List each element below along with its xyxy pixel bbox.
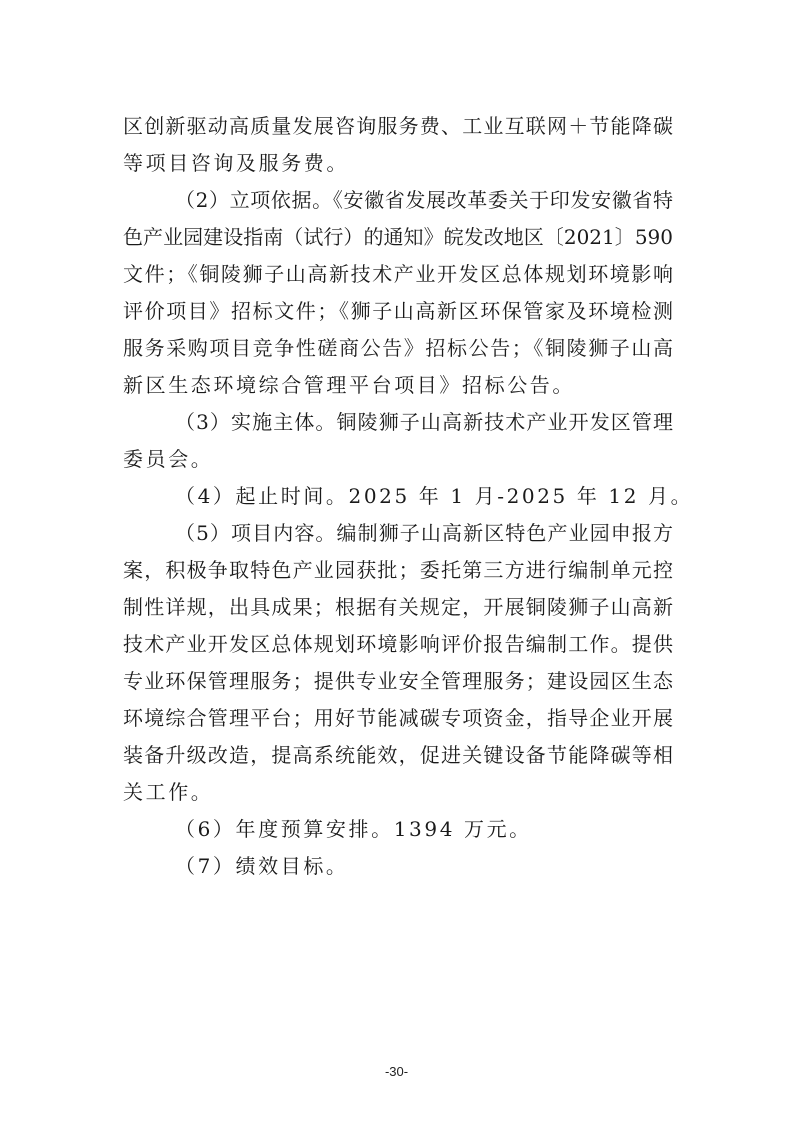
text-line: 新区生态环境综合管理平台项目》招标公告。 <box>123 367 673 404</box>
text-line: 服务采购项目竞争性磋商公告》招标公告；《铜陵狮子山高 <box>123 330 673 367</box>
paragraph-item-7-line: （7）绩效目标。 <box>123 848 673 885</box>
text-line: 文件；《铜陵狮子山高新技术产业开发区总体规划环境影响 <box>123 256 673 293</box>
text-line: 制性详规，出具成果；根据有关规定，开展铜陵狮子山高新 <box>123 589 673 626</box>
paragraph-item-4-line: （4）起止时间。2025 年 1 月-2025 年 12 月。 <box>123 478 673 515</box>
text-line: 评价项目》招标文件；《狮子山高新区环保管家及环境检测 <box>123 293 673 330</box>
text-line: 技术产业开发区总体规划环境影响评价报告编制工作。提供 <box>123 626 673 663</box>
text-line: 关工作。 <box>123 774 673 811</box>
paragraph-item-5-line: （5）项目内容。编制狮子山高新区特色产业园申报方 <box>123 515 673 552</box>
text-line: 案，积极争取特色产业园获批；委托第三方进行编制单元控 <box>123 552 673 589</box>
text-line: 装备升级改造，提高系统能效，促进关键设备节能降碳等相 <box>123 737 673 774</box>
page-number: -30- <box>0 1064 793 1079</box>
text-line: 环境综合管理平台；用好节能减碳专项资金，指导企业开展 <box>123 700 673 737</box>
text-line: 区创新驱动高质量发展咨询服务费、工业互联网＋节能降碳 <box>123 108 673 145</box>
text-line: 等项目咨询及服务费。 <box>123 145 673 182</box>
text-line: 委员会。 <box>123 441 673 478</box>
document-body: 区创新驱动高质量发展咨询服务费、工业互联网＋节能降碳 等项目咨询及服务费。 （2… <box>123 108 673 885</box>
paragraph-item-3-line: （3）实施主体。铜陵狮子山高新技术产业开发区管理 <box>123 404 673 441</box>
paragraph-item-2-line: （2）立项依据。《安徽省发展改革委关于印发安徽省特 <box>123 182 673 219</box>
paragraph-item-6-line: （6）年度预算安排。1394 万元。 <box>123 811 673 848</box>
text-line: 专业环保管理服务；提供专业安全管理服务；建设园区生态 <box>123 663 673 700</box>
text-line: 色产业园建设指南（试行）的通知》皖发改地区〔2021〕590 <box>123 219 673 256</box>
